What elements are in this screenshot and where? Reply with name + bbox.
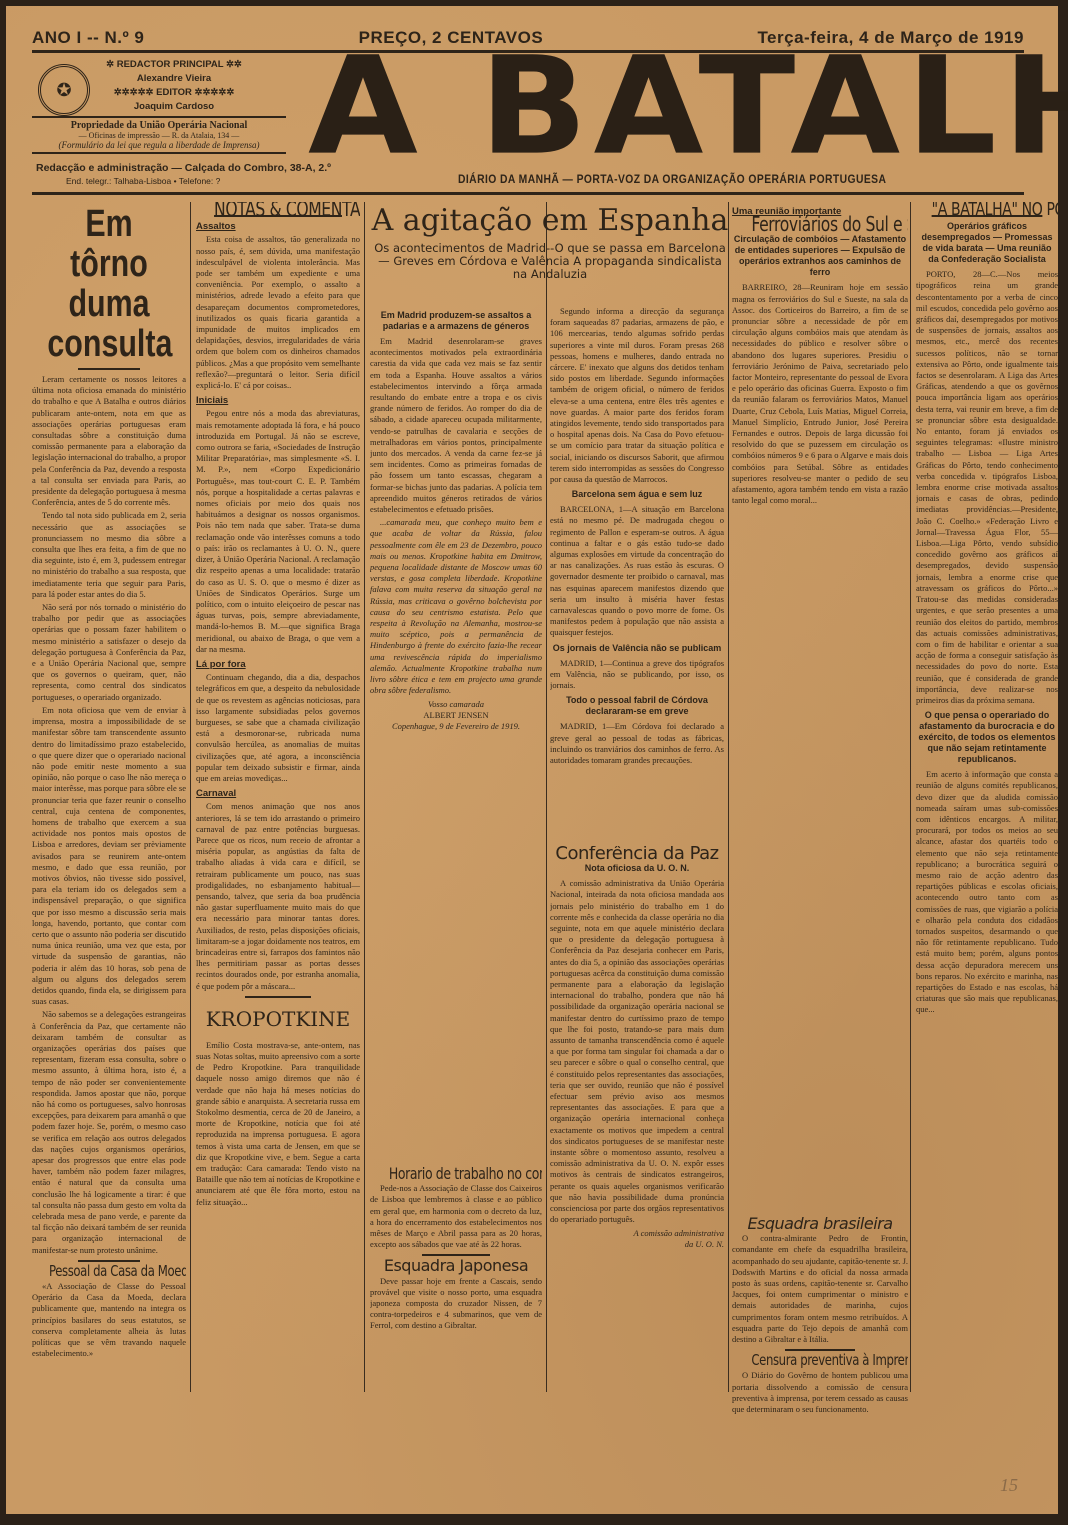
publisher-name: Joaquim Cardoso [62,100,286,114]
union-seal-icon: ✪ [38,64,90,116]
legal-note: (Formulário da lei que regula a liberdad… [32,140,286,154]
masthead-rule [32,192,1024,195]
newspaper-page: ANO I -- N.º 9 PREÇO, 2 CENTAVOS Terça-f… [6,6,1058,1514]
conferencia-paz: Conferência da Paz Nota oficiosa da U. O… [550,846,724,1506]
workshop: — Oficinas de impressão — R. da Atalaia,… [32,131,286,140]
deck-espanha: Os acontecimentos de Madrid--O que se pa… [370,242,730,281]
espanha-col-a: Em Madrid produzem-se assaltos a padaria… [370,306,542,1096]
batalha-no-porto: "A BATALHA" NO PORTO Operários gráficos … [916,202,1058,1512]
headline-espanha: A agitação em Espanha [370,204,730,238]
espanha-header: A agitação em Espanha Os acontecimentos … [370,202,730,312]
horario-esquadra: Horario de trabalho no comercio Pede-nos… [370,1166,542,1506]
headline-ferroviarios: Ferroviários do Sul e Sueste [751,219,888,230]
address-block: Redacção e administração — Calçada do Co… [36,162,331,188]
issue-number: ANO I -- N.º 9 [32,28,144,48]
kropotkine-headline: KROPOTKINE [196,1002,360,1036]
ferroviarios-article: Uma reunião importante Ferroviários do S… [732,202,908,822]
espanha-col-b: Segundo informa a direcção da segurança … [550,306,724,836]
margin-note: 15 [1000,1475,1018,1496]
tagline: DIÁRIO DA MANHÃ — PORTA-VOZ DA ORGANIZAÇ… [458,172,886,186]
esquadra-censura: Esquadra brasileira O contra-almirante P… [732,1216,908,1506]
masthead-credits: ✪ ✲ REDACTOR PRINCIPAL ✲✲ Alexandre Viei… [32,58,286,154]
newspaper-title: A BATALHA [308,45,968,169]
headline-porto: "A BATALHA" NO PORTO [932,204,1043,217]
section-header: NOTAS & COMENTÁRIOS [214,204,342,217]
editor-name: Alexandre Vieira [62,72,286,86]
subheadline-casa-moeda: Pessoal da Casa da Moeda [49,1266,169,1277]
article-em-torno: Em tôrno duma consulta Leram certamente … [32,202,186,1522]
ownership: Propriedade da União Operária Nacional [32,116,286,131]
headline: Em tôrno duma consulta [47,204,170,364]
notas-comentarios: NOTAS & COMENTÁRIOS AssaltosEsta coisa d… [196,202,360,1522]
